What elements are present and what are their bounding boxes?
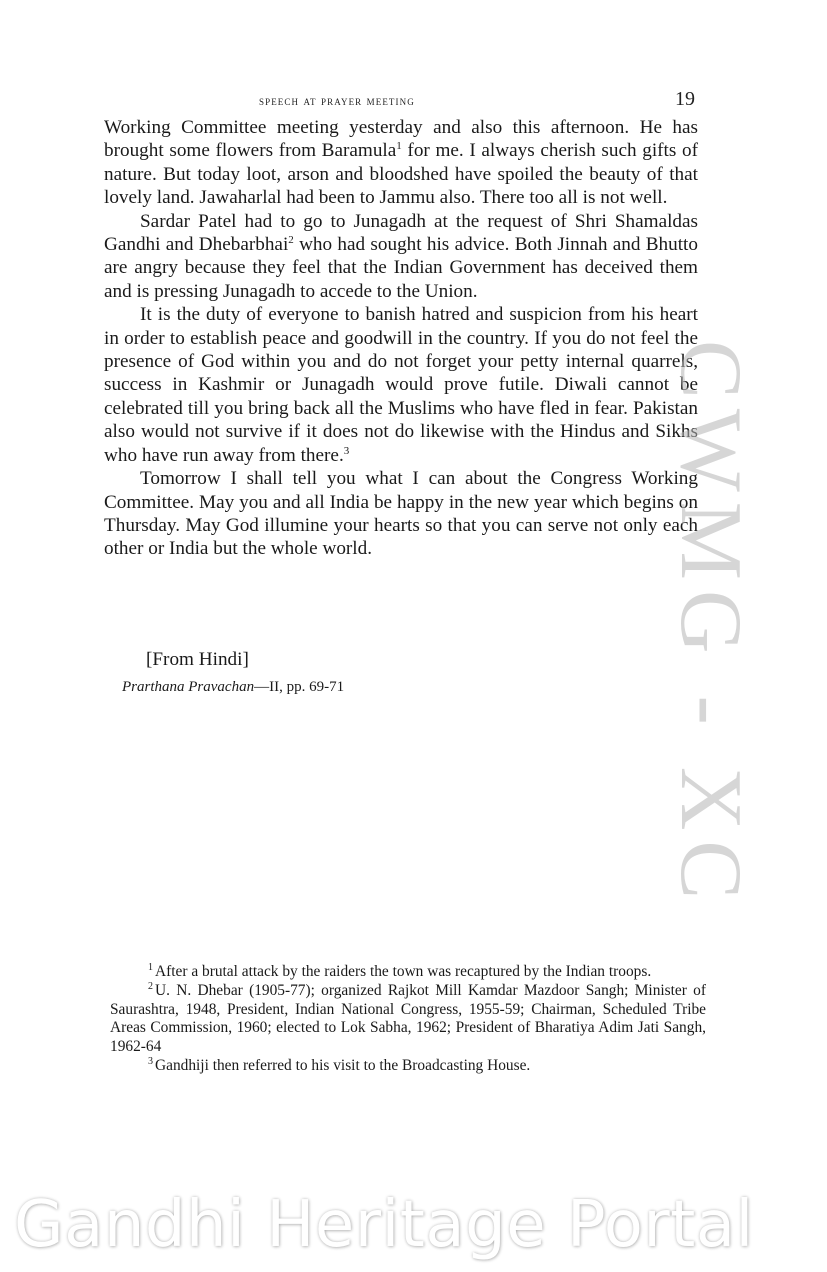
document-page: Speech at Prayer Meeting 19 Working Comm… <box>0 0 827 1272</box>
paragraph: Tomorrow I shall tell you what I can abo… <box>104 467 698 561</box>
footnote-marker: 3 <box>344 445 350 457</box>
page-number: 19 <box>675 88 695 111</box>
paragraph: Working Committee meeting yesterday and … <box>104 116 698 210</box>
footnote-number: 3 <box>148 1056 153 1067</box>
source-reference-pages: —II, pp. 69-71 <box>254 679 344 695</box>
footnotes: 1After a brutal attack by the raiders th… <box>110 963 706 1076</box>
paragraph: It is the duty of everyone to banish hat… <box>104 303 698 467</box>
footnote: 2U. N. Dhebar (1905-77); organized Rajko… <box>110 982 706 1057</box>
bottom-watermark: Gandhi Heritage Portal <box>14 1185 814 1265</box>
source-language-note: [From Hindi] <box>146 649 249 671</box>
footnote: 1After a brutal attack by the raiders th… <box>110 963 706 982</box>
footnote: 3Gandhiji then referred to his visit to … <box>110 1057 706 1076</box>
running-title: Speech at Prayer Meeting <box>259 93 415 109</box>
paragraph: Sardar Patel had to go to Junagadh at th… <box>104 210 698 304</box>
body-text: Working Committee meeting yesterday and … <box>104 116 698 561</box>
footnote-number: 1 <box>148 962 153 973</box>
running-head: Speech at Prayer Meeting 19 <box>104 88 697 114</box>
footnote-marker: 1 <box>396 140 402 152</box>
source-reference-title: Prarthana Pravachan <box>122 679 254 695</box>
source-reference: Prarthana Pravachan—II, pp. 69-71 <box>122 679 344 696</box>
footnote-number: 2 <box>148 981 153 992</box>
footnote-marker: 2 <box>288 234 294 246</box>
